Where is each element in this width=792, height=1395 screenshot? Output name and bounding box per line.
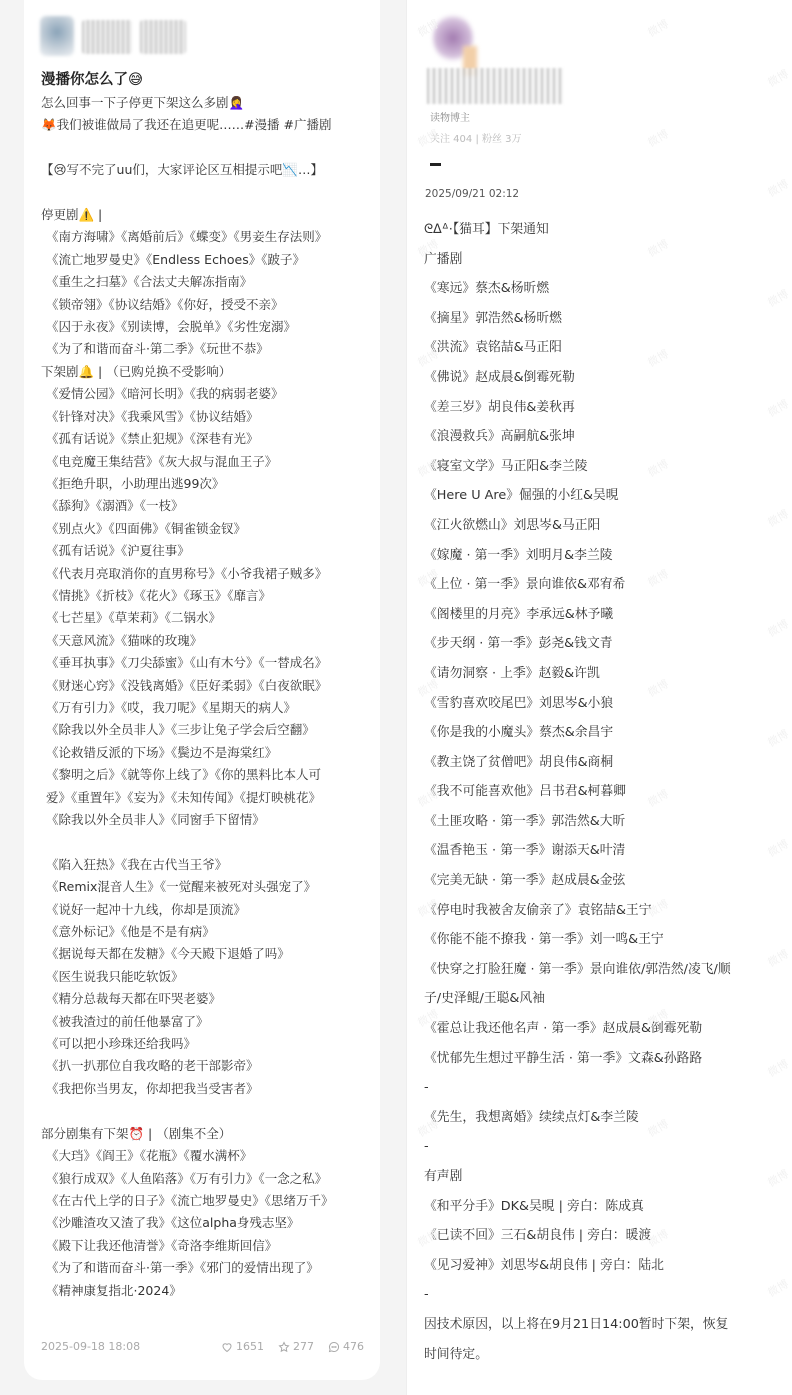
title-list-line: 《囚于永夜》《别读博，会脱单》《劣性宠溺》 [41,316,334,338]
author-blurred[interactable] [40,16,186,56]
title-list-line: 《我把你当男友，你却把我当受害者》 [41,1078,334,1100]
favorite-count: 277 [293,1340,314,1353]
title-list-line: 《扒一扒那位自我攻略的老干部影帝》 [41,1055,334,1077]
notice-line: - [424,1280,731,1310]
title-list-line: 《沙雕渣攻又渣了我》《这位alpha身残志坚》 [41,1212,334,1234]
title-list-line: 《拒绝升职，小助理出逃99次》 [41,473,334,495]
notice-line: 《请勿洞察 · 上季》赵毅&许凯 [424,659,731,689]
title-list-line: 《大珰》《阎王》《花瓶》《覆水满杯》 [41,1145,334,1167]
notice-line: 《温香艳玉 · 第一季》谢添天&叶清 [424,836,731,866]
title-list-line: 《流亡地罗曼史》《Endless Echoes》《跛子》 [41,249,334,271]
favorite-button[interactable]: 277 [278,1340,314,1353]
title-list-line: 《为了和谐而奋斗·第二季》《玩世不恭》 [41,338,334,360]
section-partial-header: 部分剧集有下架⏰ | （剧集不全） [41,1123,334,1145]
section-removed-header: 下架剧🔔 | （已购兑换不受影响） [41,361,334,383]
heart-icon [221,1341,233,1353]
intro-line: 怎么回事一下子停更下架这么多剧🤦‍♀️ [41,92,334,114]
title-list-line: 《代表月亮取消你的直男称号》《小爷我裙子贼多》 [41,563,334,585]
post-body: 怎么回事一下子停更下架这么多剧🤦‍♀️🦊我们被谁做局了我还在追更呢……#漫播 #… [41,92,334,1302]
notice-line: - [424,1073,731,1103]
title-list-line: 《在古代上学的日子》《流亡地罗曼史》《思绪万千》 [41,1190,334,1212]
title-list-line: 《陷入狂热》《我在古代当王爷》 [41,854,334,876]
notice-line: 《雪豹喜欢咬尾巴》刘思岑&小狼 [424,689,731,719]
title-list-line: 爱》《重置年》《妄为》《未知传闻》《提灯映桃花》 [41,787,334,809]
author-name-blurred [82,20,132,54]
divider-mark [430,163,441,166]
title-list-line: 《论救错反派的下场》《鬓边不是海棠红》 [41,742,334,764]
title-list-line: 《孤有话说》《沪夏往事》 [41,540,334,562]
watermark: 微博 [764,1056,791,1081]
title-list-line: 《针锋对决》《我乘风雪》《协议结婚》 [41,406,334,428]
avatar[interactable] [40,16,74,56]
post-date: 2025/09/21 02:12 [425,188,519,200]
post-footer: 2025-09-18 18:08 1651 277 476 [41,1340,364,1353]
title-list-line: 《南方海啸》《离婚前后》《蝶变》《男妾生存法则》 [41,226,334,248]
notice-line: 《霍总让我还他名声 · 第一季》赵成晨&倒霉死勒 [424,1014,731,1044]
title-list-line: 《情挑》《折枝》《花火》《琢玉》《靡言》 [41,585,334,607]
title-list-line: 《精神康复指北·2024》 [41,1280,334,1302]
intro-line: 【😢写不完了uu们，大家评论区互相提示吧📉…】 [41,159,334,181]
follow-stats: 关注 404 | 粉丝 3万 [430,130,522,145]
notice-line: 《江火欲燃山》刘思岑&马正阳 [424,511,731,541]
star-icon [278,1341,290,1353]
watermark: 微博 [764,176,791,201]
notice-line: 《上位 · 第一季》景向谁依&邓宥希 [424,570,731,600]
title-list-line: 《除我以外全员非人》《三步让兔子学会后空翻》 [41,719,334,741]
notice-line: 《佛说》赵成晨&倒霉死勒 [424,363,731,393]
title-list-line: 《精分总裁每天都在吓哭老婆》 [41,988,334,1010]
notice-line: 《摘星》郭浩然&杨昕燃 [424,304,731,334]
intro-line: 🦊我们被谁做局了我还在追更呢……#漫播 #广播剧 [41,114,334,136]
like-button[interactable]: 1651 [221,1340,264,1353]
notice-line: 《土匪攻略 · 第一季》郭浩然&大昕 [424,807,731,837]
author-blurred[interactable] [427,6,563,102]
notice-line: 《嫁魔 · 第一季》刘明月&李兰陵 [424,541,731,571]
notice-line: 《差三岁》胡良伟&姜秋再 [424,393,731,423]
title-list-line: 《殿下让我还他清誉》《奇洛李维斯回信》 [41,1235,334,1257]
title-list-line: 《重生之扫墓》《合法丈夫解冻指南》 [41,271,334,293]
watermark: 微博 [764,1166,791,1191]
title-list-line: 《意外标记》《他是不是有病》 [41,921,334,943]
title-list-line: 《天意风流》《猫咪的玫瑰》 [41,630,334,652]
comment-count: 476 [343,1340,364,1353]
notice-line: 《阁楼里的月亮》李承远&林予曦 [424,600,731,630]
title-list-line [41,831,334,853]
watermark: 微博 [764,396,791,421]
notice-line: 《停电时我被舍友偷亲了》袁铭喆&王宁 [424,896,731,926]
notice-line: 《先生，我想离婚》续续点灯&李兰陵 [424,1103,731,1133]
watermark: 微博 [764,946,791,971]
title-list-line: 《电竞魔王集结营》《灰大叔与混血王子》 [41,451,334,473]
notice-line: 因技术原因，以上将在9月21日14:00暂时下架，恢复 [424,1310,731,1340]
post-timestamp: 2025-09-18 18:08 [41,1340,140,1353]
watermark: 微博 [644,126,671,151]
post-body: ᘓᐃᐞ·【猫耳】下架通知广播剧《寒远》蔡杰&杨昕燃《摘星》郭浩然&杨昕燃《洪流》… [424,215,731,1369]
left-post-card: 漫播你怎么了😅 怎么回事一下子停更下架这么多剧🤦‍♀️🦊我们被谁做局了我还在追更… [24,0,380,1380]
like-count: 1651 [236,1340,264,1353]
notice-line: 《浪漫救兵》高嗣航&张坤 [424,422,731,452]
watermark: 微博 [764,286,791,311]
notice-line: - [424,1132,731,1162]
right-post-card: 读物博主 关注 404 | 粉丝 3万 2025/09/21 02:12 ᘓᐃᐞ… [406,0,792,1395]
notice-line: 《忧郁先生想过平静生活 · 第一季》文森&孙路路 [424,1044,731,1074]
notice-line: 《寒远》蔡杰&杨昕燃 [424,274,731,304]
title-list-line: 《垂耳执事》《刀尖舔蜜》《山有木兮》《一替成名》 [41,652,334,674]
author-name-blurred [140,20,186,54]
title-list-line: 《财迷心窍》《没钱离婚》《臣好柔弱》《白夜欲眠》 [41,675,334,697]
watermark: 微博 [764,616,791,641]
watermark: 微博 [764,66,791,91]
title-list-line: 《除我以外全员非人》《同窗手下留情》 [41,809,334,831]
title-list-line: 《医生说我只能吃软饭》 [41,966,334,988]
notice-line: 《洪流》袁铭喆&马正阳 [424,333,731,363]
title-list-line: 《锁帝翎》《协议结婚》《你好，授受不亲》 [41,294,334,316]
watermark: 微博 [764,836,791,861]
title-list-line: 《万有引力》《哎，我刀呢》《星期天的病人》 [41,697,334,719]
comment-button[interactable]: 476 [328,1340,364,1353]
notice-line: 《已读不回》三石&胡良伟 | 旁白：暖渡 [424,1221,731,1251]
title-list-line: 《黎明之后》《就等你上线了》《你的黑料比本人可 [41,764,334,786]
title-list-line: 《为了和谐而奋斗·第一季》《邪门的爱情出现了》 [41,1257,334,1279]
notice-line: 有声剧 [424,1162,731,1192]
watermark: 微博 [764,1276,791,1301]
title-list-line: 《七芒星》《草茉莉》《二锅水》 [41,607,334,629]
notice-line: ᘓᐃᐞ·【猫耳】下架通知 [424,215,731,245]
notice-line: 《步天纲 · 第一季》彭尧&钱文青 [424,629,731,659]
comment-icon [328,1341,340,1353]
notice-line: 时间待定。 [424,1340,731,1370]
title-list-line: 《Remix混音人生》《一觉醒来被死对头强宠了》 [41,876,334,898]
watermark: 微博 [764,506,791,531]
notice-line: 《Here U Are》倔强的小红&吴晛 [424,481,731,511]
watermark: 微博 [764,726,791,751]
watermark: 微博 [644,16,671,41]
notice-line: 《你是我的小魔头》蔡杰&余昌宇 [424,718,731,748]
title-list-line: 《狼行成双》《人鱼陷落》《万有引力》《一念之私》 [41,1168,334,1190]
notice-line: 《寝室文学》马正阳&李兰陵 [424,452,731,482]
intro-line [41,182,334,204]
title-list-line: 《爱情公园》《暗河长明》《我的病弱老婆》 [41,383,334,405]
notice-line: 《见习爱神》刘思岑&胡良伟 | 旁白：陆北 [424,1251,731,1281]
post-title: 漫播你怎么了😅 [41,68,143,89]
notice-line: 《我不可能喜欢他》吕书君&柯暮卿 [424,777,731,807]
title-list-line: 《说好一起冲十九线，你却是顶流》 [41,899,334,921]
notice-line: 《完美无缺 · 第一季》赵成晨&金弦 [424,866,731,896]
notice-line: 《你能不能不撩我 · 第一季》刘一鸣&王宁 [424,925,731,955]
title-list-line: 《舔狗》《溺酒》《一枝》 [41,495,334,517]
title-list-line: 《据说每天都在发糖》《今天殿下退婚了吗》 [41,943,334,965]
notice-line: 广播剧 [424,245,731,275]
author-role: 读物博主 [430,109,470,124]
title-list-line: 《孤有话说》《禁止犯规》《深巷有光》 [41,428,334,450]
notice-line: 《教主饶了贫僧吧》胡良伟&商桐 [424,748,731,778]
title-list-line: 《被我渣过的前任他暴富了》 [41,1011,334,1033]
notice-line: 《和平分手》DK&吴晛 | 旁白：陈成真 [424,1192,731,1222]
section-suspended-header: 停更剧⚠️ | [41,204,334,226]
title-list-line: 《可以把小珍珠还给我吗》 [41,1033,334,1055]
notice-line: 子/史泽鲲/王聪&风袖 [424,984,731,1014]
title-list-line [41,1100,334,1122]
notice-line: 《快穿之打脸狂魔 · 第一季》景向谁依/郭浩然/凌飞/顺 [424,955,731,985]
title-list-line: 《别点火》《四面佛》《铜雀锁金钗》 [41,518,334,540]
intro-line [41,137,334,159]
